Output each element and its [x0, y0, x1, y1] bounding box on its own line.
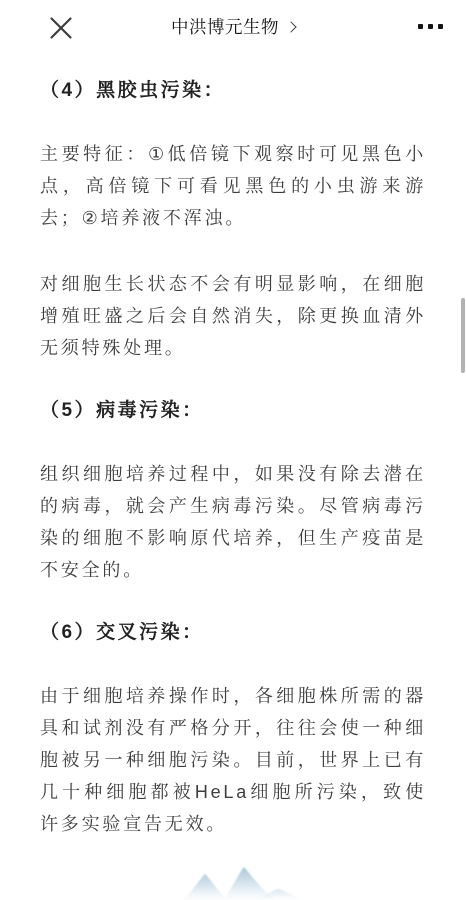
three-dots-icon	[418, 24, 423, 29]
account-title[interactable]: 中洪博元生物	[171, 14, 295, 39]
section-heading-5: （5）病毒污染：	[40, 398, 426, 424]
three-dots-icon	[428, 24, 433, 29]
paragraph: 主要特征：①低倍镜下观察时可见黑色小点，高倍镜下可看见黑色的小虫游来游去；②培养…	[40, 138, 426, 234]
paragraph: 组织细胞培养过程中，如果没有除去潜在的病毒，就会产生病毒污染。尽管病毒污染的细胞…	[40, 458, 426, 586]
three-dots-icon	[438, 24, 443, 29]
mountain-footer-illustration	[172, 858, 314, 900]
paragraph: 由于细胞培养操作时，各细胞株所需的器具和试剂没有严格分开，往往会使一种细胞被另一…	[40, 680, 426, 840]
article-page: 中洪博元生物 （4）黑胶虫污染： 主要特征：①低倍镜下观察时可见黑色小点，高倍镜…	[0, 0, 466, 900]
article-content: （4）黑胶虫污染： 主要特征：①低倍镜下观察时可见黑色小点，高倍镜下可看见黑色的…	[0, 52, 466, 840]
close-icon	[48, 15, 74, 41]
close-button[interactable]	[44, 13, 78, 43]
header-bar: 中洪博元生物	[0, 0, 466, 52]
account-name: 中洪博元生物	[171, 14, 279, 39]
chevron-right-icon	[285, 21, 296, 32]
more-menu-button[interactable]	[410, 12, 450, 40]
section-heading-4: （4）黑胶虫污染：	[40, 78, 426, 104]
paragraph: 对细胞生长状态不会有明显影响，在细胞增殖旺盛之后会自然消失，除更换血清外无须特殊…	[40, 268, 426, 364]
section-heading-6: （6）交叉污染：	[40, 620, 426, 646]
scrollbar-thumb[interactable]	[461, 298, 465, 373]
